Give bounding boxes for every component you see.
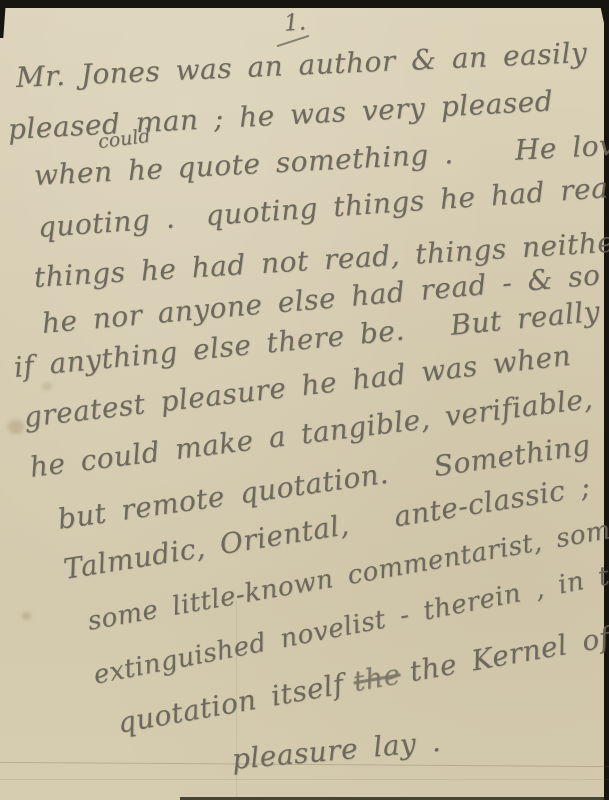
paper-stain xyxy=(8,420,24,434)
line-14-after-strike: the Kernel of xyxy=(407,620,609,688)
line-3-before-insertion: when he xyxy=(33,152,164,192)
paper-crease-horizontal-faint xyxy=(0,779,609,780)
paper-stain xyxy=(22,612,31,620)
scan-edge-left-notch xyxy=(0,0,6,38)
scan-edge-right xyxy=(604,0,609,800)
manuscript-line-15: pleasure lay . xyxy=(230,724,442,778)
page-number: 1. xyxy=(283,9,307,36)
page-number-underline xyxy=(277,35,310,47)
manuscript-page: 1. Mr. Jones was an author & an easily p… xyxy=(0,0,609,800)
scan-edge-top xyxy=(0,0,609,8)
struck-word: the xyxy=(351,657,403,698)
paper-stain xyxy=(42,382,52,391)
